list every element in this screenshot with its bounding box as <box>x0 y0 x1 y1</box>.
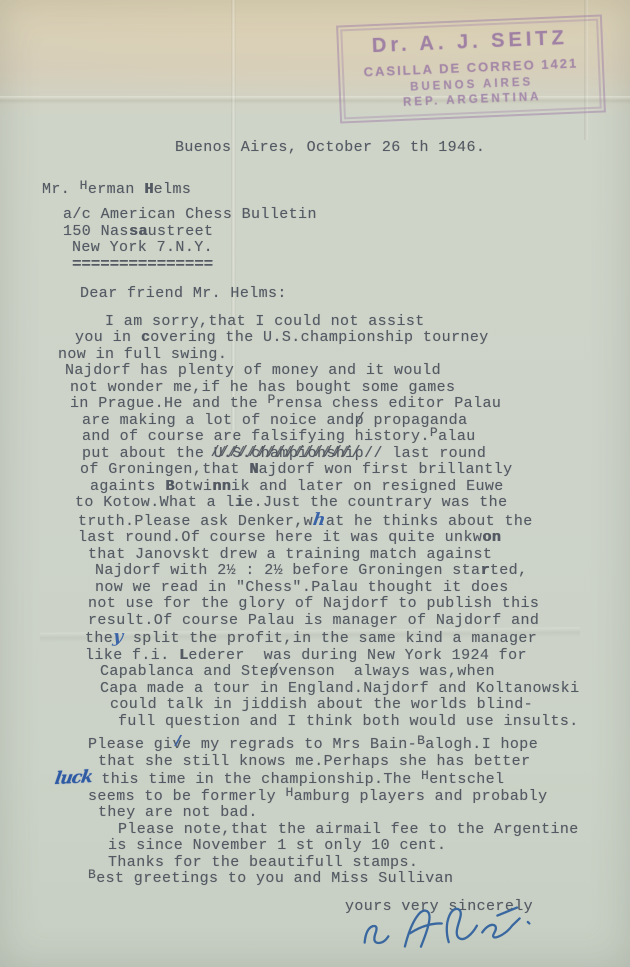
letter-line: =============== <box>72 257 630 274</box>
typed-text: otwi <box>175 478 213 495</box>
typed-text: seems to be formerly <box>88 788 285 805</box>
letter-line: like f.i. Lederer was during New York 19… <box>85 648 630 665</box>
typed-text: like f.i. <box>85 647 179 664</box>
letter-line: put about the U.S.championship// last ro… <box>82 446 630 463</box>
handwritten-insert: h <box>312 512 327 529</box>
letter-line: New York 7.N.Y. <box>72 240 630 257</box>
typed-text: that she still knows me.Perhaps she has … <box>98 753 530 770</box>
letter-line: Capablanca and Stepvenson always was,whe… <box>100 664 630 681</box>
letter-line: Capa made a tour in England.Najdorf and … <box>100 681 630 698</box>
typed-text: Najdorf with 2½ : 2½ before Groningen st… <box>95 562 480 579</box>
letter-line: now we read in "Chess".Palau thought it … <box>95 580 630 597</box>
typed-text: elms <box>154 181 192 198</box>
typed-text: Please note,that the airmail fee to the … <box>118 821 579 838</box>
overstruck-text: =============== <box>72 256 213 273</box>
typed-text: erman <box>88 181 144 198</box>
typed-text: is since November 1 st only 10 cent. <box>108 837 446 854</box>
letter-line: againts Botwinnik and later on resigned … <box>90 479 630 496</box>
typed-text: at he thinks about the <box>326 513 533 530</box>
typed-text: are making a lot of noice and <box>82 412 355 429</box>
letter-line: Thanks for the beautifull stamps. <box>108 855 630 872</box>
overstruck-text: on <box>482 529 501 546</box>
typed-text: could talk in jiddish about the worlds b… <box>110 696 533 713</box>
typed-text: alogh.I hope <box>425 736 538 753</box>
typed-text: ted, <box>490 562 528 579</box>
typed-text: ederer was during New York 1924 for <box>188 647 526 664</box>
letter-page: Dr. A. J. SEITZ CASILLA DE CORREO 1421 B… <box>0 0 630 967</box>
letter-line: Please give my regrads to Mrs Bain-Balog… <box>88 737 630 754</box>
typed-text: the <box>85 630 113 647</box>
letter-line: I am sorry,that I could not assist <box>105 314 630 331</box>
typed-text: e my regrads to Mrs Bain- <box>182 736 417 753</box>
typed-text: 150 Nas <box>63 223 129 240</box>
typed-text: Najdorf has plenty of money and it would <box>65 362 441 379</box>
typed-text: that Janovskt drew a training match agai… <box>88 546 492 563</box>
typed-text: ik and later on resigned Euwe <box>231 478 504 495</box>
overstruck-text: H <box>144 181 153 198</box>
typed-text: // last round <box>364 445 486 462</box>
overstruck-text: sa <box>129 223 148 240</box>
letter-line: Buenos Aires, October 26 th 1946. <box>175 140 630 157</box>
letter-line: of Groningen,that Najdorf won first bril… <box>80 462 630 479</box>
typed-text: alau <box>438 428 476 445</box>
overstruck-text: i <box>235 494 244 511</box>
overstruck-text: B <box>165 478 174 495</box>
typed-text: New York 7.N.Y. <box>72 239 213 256</box>
typed-text: and of course are falsifying history. <box>82 428 430 445</box>
overstruck-text: r <box>480 562 489 579</box>
typed-text: Capablanca and Ste <box>100 663 269 680</box>
letter-line: Dear friend Mr. Helms: <box>80 286 630 303</box>
typed-text: venson always was,when <box>279 663 495 680</box>
overstruck-text: c <box>141 329 150 346</box>
letter-line: and of course are falsifying history.Pal… <box>82 429 630 446</box>
typed-text: to Kotow.What a l <box>75 494 235 511</box>
typed-text: they are not bad. <box>98 804 258 821</box>
letter-line: Best greetings to you and Miss Sullivan <box>88 871 630 888</box>
typed-text: last round.Of course here it was quite u… <box>78 529 482 546</box>
struck-out-phrase: U.S.championship <box>214 446 364 463</box>
typed-text: overing the U.S.championship tourney <box>150 329 488 346</box>
typed-text: this time in the championship.The <box>92 771 421 788</box>
typed-text: full question and I think both would use… <box>118 713 579 730</box>
handwritten-word: luck <box>54 769 94 788</box>
typed-text: Thanks for the beautifull stamps. <box>108 854 418 871</box>
signature-scribble <box>351 893 554 963</box>
typed-text: not use for the glory of Najdorf to publ… <box>88 595 539 612</box>
typed-text: Please gi <box>88 736 173 753</box>
letter-line: seems to be formerly Hamburg players and… <box>88 789 630 806</box>
struck-char: p <box>269 664 278 681</box>
typed-text: split the profit,in the same kind a mana… <box>124 630 538 647</box>
overstruck-text: L <box>179 647 188 664</box>
raised-char: P <box>267 392 275 407</box>
typed-text: not wonder me,if he has bought some game… <box>70 379 455 396</box>
letter-line: they split the profit,in the same kind a… <box>85 629 630 648</box>
typed-text: e.Just the countrary was the <box>244 494 507 511</box>
letter-line: in Prague.He and the Prensa chess editor… <box>70 396 630 413</box>
letter-line: Mr. Herman Helms <box>42 182 630 199</box>
letter-line: that Janovskt drew a training match agai… <box>88 547 630 564</box>
raised-char: H <box>80 178 88 193</box>
raised-char: B <box>88 867 96 882</box>
letter-line: not use for the glory of Najdorf to publ… <box>88 596 630 613</box>
letter-line: that she still knows me.Perhaps she has … <box>98 754 630 771</box>
letter-line: not wonder me,if he has bought some game… <box>70 380 630 397</box>
typed-text: you in <box>75 329 141 346</box>
letter-line: a/c American Chess Bulletin <box>63 207 630 224</box>
letter-line: Please note,that the airmail fee to the … <box>118 822 630 839</box>
letter-line: full question and I think both would use… <box>118 714 630 731</box>
letter-line: last round.Of course here it was quite u… <box>78 530 630 547</box>
typed-text: put about the <box>82 445 214 462</box>
typed-text: est greetings to you and Miss Sullivan <box>96 870 453 887</box>
overstruck-text: nn <box>212 478 231 495</box>
typed-text: Buenos Aires, October 26 th 1946. <box>175 139 485 156</box>
letter-line: Najdorf has plenty of money and it would <box>65 363 630 380</box>
letter-line: is since November 1 st only 10 cent. <box>108 838 630 855</box>
typed-text: rensa chess editor Palau <box>276 395 502 412</box>
letter-line: 150 Nassaustreet <box>63 224 630 241</box>
letter-line: to Kotow.What a lie.Just the countrary w… <box>75 495 630 512</box>
typed-text: entschel <box>429 771 504 788</box>
typed-text: truth.Please ask Denker,w <box>78 513 313 530</box>
letter-line: result.Of course Palau is manager of Naj… <box>88 613 630 630</box>
letter-line: they are not bad. <box>98 805 630 822</box>
typed-text: now we read in "Chess".Palau thought it … <box>95 579 509 596</box>
typed-text: now in full swing. <box>58 346 227 363</box>
typed-text: of Groningen,that <box>80 461 249 478</box>
typed-text: in Prague.He and the <box>70 395 267 412</box>
typed-text: result.Of course Palau is manager of Naj… <box>88 612 539 629</box>
overstruck-text: N <box>249 461 258 478</box>
letter-body: Buenos Aires, October 26 th 1946.Mr. Her… <box>0 0 630 915</box>
letter-line: Najdorf with 2½ : 2½ before Groningen st… <box>95 563 630 580</box>
typed-text: Dear friend Mr. Helms: <box>80 285 287 302</box>
typed-text: I am sorry,that I could not assist <box>105 313 425 330</box>
letter-line: truth.Please ask Denker,what he thinks a… <box>78 512 630 531</box>
signature <box>351 893 554 963</box>
letter-line: luck this time in the championship.The H… <box>55 770 630 789</box>
typed-text: propaganda <box>364 412 467 429</box>
letter-line: could talk in jiddish about the worlds b… <box>110 697 630 714</box>
struck-char: p <box>355 413 364 430</box>
typed-text: amburg players and probably <box>294 788 548 805</box>
struck-char-blue: v <box>173 737 182 754</box>
typed-text: againts <box>90 478 165 495</box>
letter-line: are making a lot of noice andp propagand… <box>82 413 630 430</box>
letter-line: now in full swing. <box>58 347 630 364</box>
typed-text: Mr. <box>42 181 80 198</box>
raised-char: B <box>417 733 425 748</box>
letter-line: you in covering the U.S.championship tou… <box>75 330 630 347</box>
typed-text: ajdorf won first brillantly <box>259 461 513 478</box>
typed-text: ustreet <box>148 223 214 240</box>
raised-char: H <box>285 785 293 800</box>
raised-char: H <box>421 768 429 783</box>
raised-char: P <box>430 425 438 440</box>
typed-text: Capa made a tour in England.Najdorf and … <box>100 680 579 697</box>
typed-text: a/c American Chess Bulletin <box>63 206 317 223</box>
